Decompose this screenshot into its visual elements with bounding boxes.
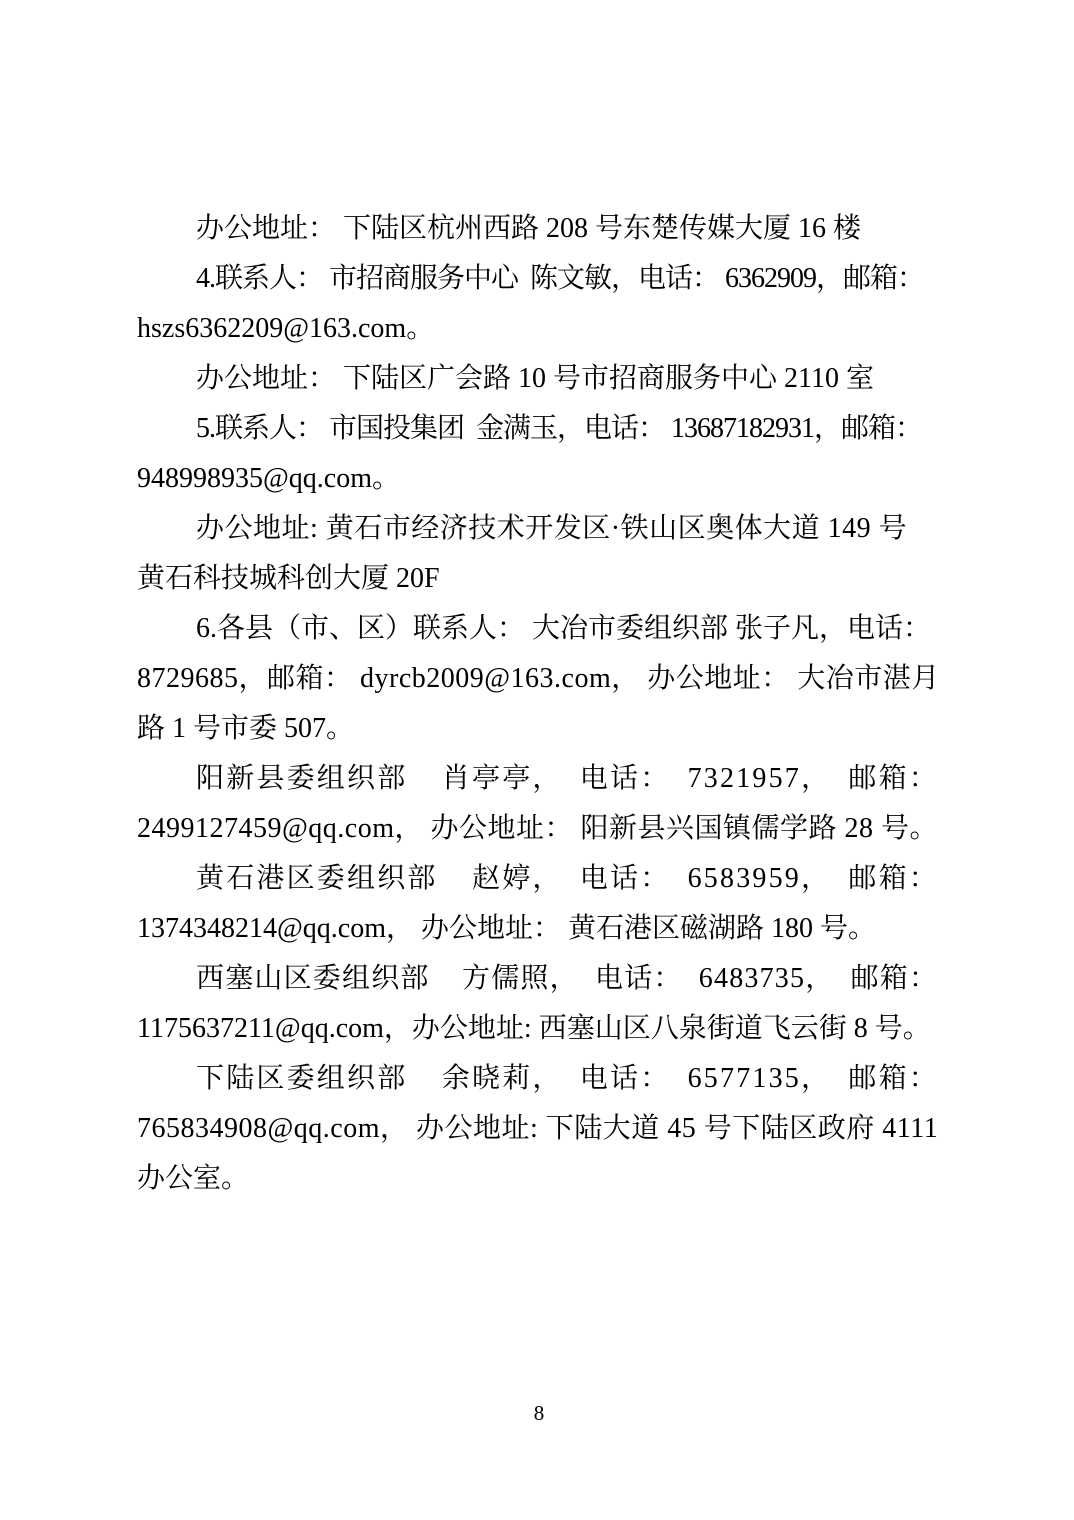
text-line: 948998935@qq.com。 [137, 454, 941, 504]
text-line: 办公地址: 黄石市经济技术开发区·铁山区奥体大道 149 号 [137, 504, 941, 554]
text-line: 办公地址： 下陆区广会路 10 号市招商服务中心 2110 室 [137, 354, 941, 404]
text-line: hszs6362209@163.com。 [137, 304, 941, 354]
text-line: 阳新县委组织部 肖亭亭， 电话： 7321957， 邮箱： [137, 754, 941, 804]
text-line: 路 1 号市委 507。 [137, 704, 941, 754]
text-line: 6.各县（市、区）联系人： 大冶市委组织部 张子凡，电话： [137, 604, 941, 654]
page-number: 8 [137, 1398, 941, 1428]
text-line: 8729685，邮箱： dyrcb2009@163.com， 办公地址： 大冶市… [137, 654, 941, 704]
text-line: 办公室。 [137, 1154, 941, 1204]
text-line: 黄石港区委组织部 赵婷， 电话： 6583959， 邮箱： [137, 854, 941, 904]
document-body: 办公地址： 下陆区杭州西路 208 号东楚传媒大厦 16 楼 4.联系人： 市招… [137, 204, 941, 1204]
text-line: 1175637211@qq.com，办公地址: 西塞山区八泉街道飞云街 8 号。 [137, 1004, 941, 1054]
text-line: 办公地址： 下陆区杭州西路 208 号东楚传媒大厦 16 楼 [137, 204, 941, 254]
text-line: 2499127459@qq.com， 办公地址： 阳新县兴国镇儒学路 28 号。 [137, 804, 941, 854]
text-line: 4.联系人： 市招商服务中心 陈文敏，电话： 6362909，邮箱： [137, 254, 941, 304]
text-line: 1374348214@qq.com， 办公地址： 黄石港区磁湖路 180 号。 [137, 904, 941, 954]
text-line: 5.联系人： 市国投集团 金满玉，电话： 13687182931，邮箱： [137, 404, 941, 454]
text-line: 黄石科技城科创大厦 20F [137, 554, 941, 604]
text-line: 下陆区委组织部 余晓莉， 电话： 6577135， 邮箱： [137, 1054, 941, 1104]
text-line: 西塞山区委组织部 方儒照， 电话： 6483735， 邮箱： [137, 954, 941, 1004]
text-line: 765834908@qq.com， 办公地址: 下陆大道 45 号下陆区政府 4… [137, 1104, 941, 1154]
